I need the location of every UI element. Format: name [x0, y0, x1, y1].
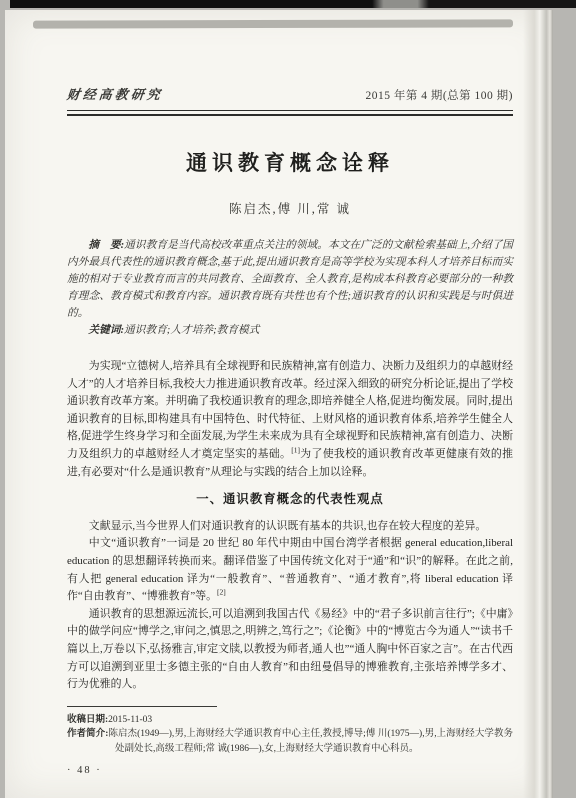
scanner-top-band	[10, 0, 576, 8]
author-bio: 陈启杰(1949—),男,上海财经大学通识教育中心主任,教授,博导;傅 川(19…	[108, 729, 513, 754]
page-number: · 48 ·	[67, 765, 513, 776]
article-body: 为实现“立德树人,培养具有全球视野和民族精神,富有创造力、决断力及组织力的卓越财…	[67, 358, 513, 694]
running-header: 财经高教研究 2015 年第 4 期(总第 100 期)	[67, 84, 513, 103]
citation-ref: [2]	[217, 588, 226, 597]
keywords-label: 关键词:	[88, 324, 124, 336]
section-heading: 一、通识教育概念的代表性观点	[67, 491, 513, 509]
scanned-page: 财经高教研究 2015 年第 4 期(总第 100 期) 通识教育概念诠释 陈启…	[0, 0, 576, 798]
page-curl-edge	[523, 10, 553, 798]
body-paragraph: 文献显示,当今世界人们对通识教育的认识既有基本的共识,也存在较大程度的差异。	[67, 518, 513, 536]
received-date-line: 收稿日期:2015-11-03	[67, 713, 513, 728]
paper-page: 财经高教研究 2015 年第 4 期(总第 100 期) 通识教育概念诠释 陈启…	[5, 10, 553, 798]
header-rule	[67, 110, 513, 116]
scanner-side-band	[561, 0, 576, 798]
abstract-text: 通识教育是当代高校改革重点关注的领域。本文在广泛的文献检索基础上,介绍了国内外最…	[67, 239, 513, 319]
abstract: 摘 要:通识教育是当代高校改革重点关注的领域。本文在广泛的文献检索基础上,介绍了…	[67, 237, 513, 322]
abstract-label: 摘 要:	[88, 239, 124, 251]
bio-label: 作者简介:	[67, 729, 108, 739]
received-label: 收稿日期:	[67, 715, 108, 725]
received-date: 2015-11-03	[108, 715, 152, 725]
citation-ref: [1]	[291, 445, 300, 454]
page-content: 财经高教研究 2015 年第 4 期(总第 100 期) 通识教育概念诠释 陈启…	[67, 10, 513, 776]
footnote-block: 收稿日期:2015-11-03 作者简介:陈启杰(1949—),男,上海财经大学…	[67, 706, 513, 757]
issue-info: 2015 年第 4 期(总第 100 期)	[365, 87, 513, 103]
abstract-block: 摘 要:通识教育是当代高校改革重点关注的领域。本文在广泛的文献检索基础上,介绍了…	[67, 237, 513, 339]
keywords-text: 通识教育;人才培养;教育模式	[124, 324, 259, 336]
footnote-divider	[67, 706, 217, 707]
article-authors: 陈启杰,傅 川,常 诚	[67, 199, 513, 217]
body-paragraph: 通识教育的思想源远流长,可以追溯到我国古代《易经》中的“君子多识前言往行”;《中…	[67, 606, 513, 694]
body-paragraph: 中文“通识教育”一词是 20 世纪 80 年代中期由中国台湾学者根据 gener…	[67, 535, 513, 605]
author-bio-line: 作者简介:陈启杰(1949—),男,上海财经大学通识教育中心主任,教授,博导;傅…	[67, 727, 513, 756]
keywords: 关键词:通识教育;人才培养;教育模式	[67, 322, 513, 339]
article-title: 通识教育概念诠释	[67, 147, 513, 177]
body-paragraph: 为实现“立德树人,培养具有全球视野和民族精神,富有创造力、决断力及组织力的卓越财…	[67, 358, 513, 481]
journal-name: 财经高教研究	[66, 84, 164, 103]
